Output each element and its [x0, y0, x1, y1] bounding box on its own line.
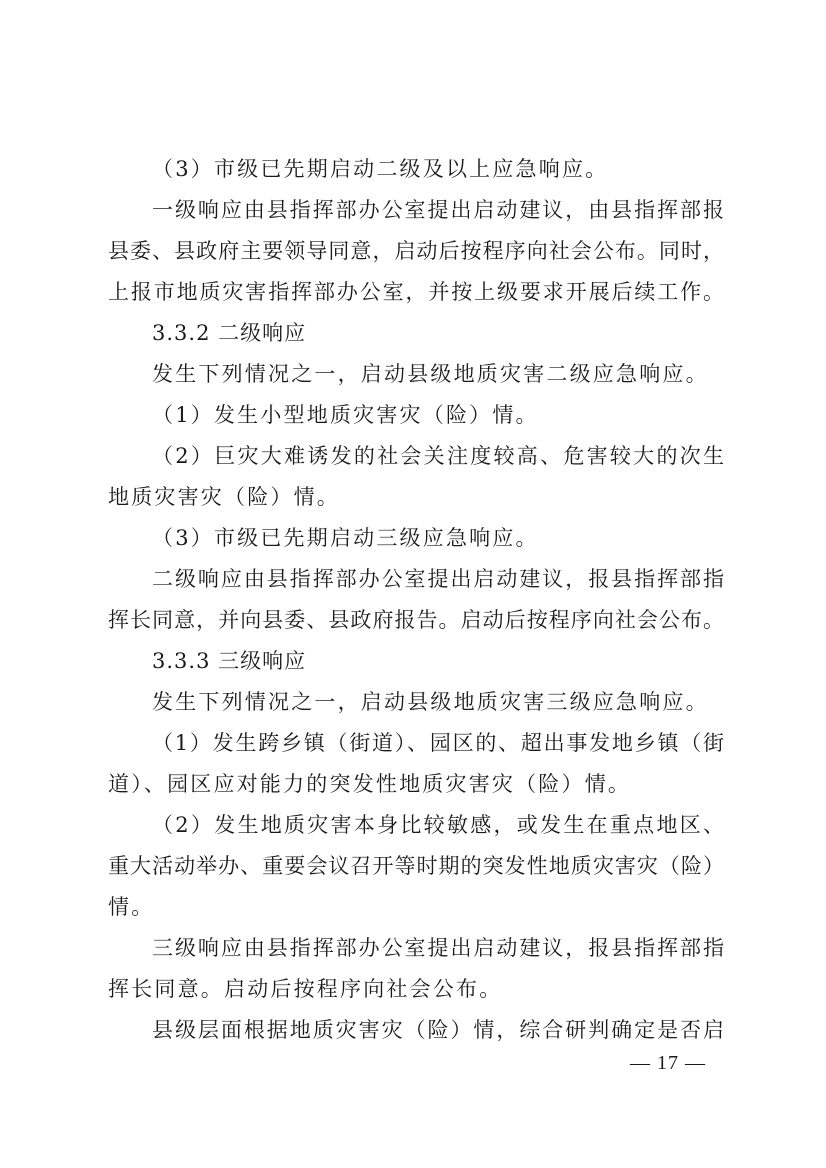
list-item-cross-township-cont: 道）、园区应对能力的突发性地质灾害灾（险）情。: [108, 769, 724, 799]
paragraph-level-2-procedure: 二级响应由县指挥部办公室提出启动建议，报县指挥部指: [152, 564, 724, 594]
paragraph-level-1-procedure-cont: 上报市地质灾害指挥部办公室，并按上级要求开展后续工作。: [108, 277, 724, 307]
paragraph-level-1-procedure-cont: 县委、县政府主要领导同意，启动后按程序向社会公布。同时，: [108, 236, 724, 266]
document-page: （3）市级已先期启动二级及以上应急响应。 一级响应由县指挥部办公室提出启动建议，…: [0, 0, 826, 1168]
paragraph-level-2-procedure-cont: 挥长同意，并向县委、县政府报告。启动后按程序向社会公布。: [108, 605, 724, 635]
paragraph-level-2-conditions: 发生下列情况之一，启动县级地质灾害二级应急响应。: [152, 359, 724, 389]
paragraph-level-3-conditions: 发生下列情况之一，启动县级地质灾害三级应急响应。: [152, 687, 724, 717]
page-number: — 17 —: [630, 1052, 706, 1075]
paragraph-level-1-procedure: 一级响应由县指挥部办公室提出启动建议，由县指挥部报: [152, 195, 724, 225]
paragraph-county-assessment: 县级层面根据地质灾害灾（险）情，综合研判确定是否启: [152, 1015, 724, 1045]
paragraph-level-3-procedure: 三级响应由县指挥部办公室提出启动建议，报县指挥部指: [152, 933, 724, 963]
section-heading-3-3-2: 3.3.2 二级响应: [152, 318, 724, 348]
paragraph-level-3-procedure-cont: 挥长同意。启动后按程序向社会公布。: [108, 974, 724, 1004]
list-item-city-level-3-response: （3）市级已先期启动三级应急响应。: [152, 523, 724, 553]
list-item-cross-township: （1）发生跨乡镇（街道）、园区的、超出事发地乡镇（街: [152, 728, 724, 758]
list-item-secondary-disaster-cont: 地质灾害灾（险）情。: [108, 482, 724, 512]
list-item-sensitive-disaster-end: 情。: [108, 892, 724, 922]
list-item-city-level-2-response: （3）市级已先期启动二级及以上应急响应。: [152, 154, 724, 184]
list-item-small-disaster: （1）发生小型地质灾害灾（险）情。: [152, 400, 724, 430]
list-item-sensitive-disaster: （2）发生地质灾害本身比较敏感，或发生在重点地区、: [152, 810, 724, 840]
list-item-secondary-disaster: （2）巨灾大难诱发的社会关注度较高、危害较大的次生: [152, 441, 724, 471]
section-heading-3-3-3: 3.3.3 三级响应: [152, 646, 724, 676]
list-item-sensitive-disaster-cont: 重大活动举办、重要会议召开等时期的突发性地质灾害灾（险）: [108, 851, 724, 881]
